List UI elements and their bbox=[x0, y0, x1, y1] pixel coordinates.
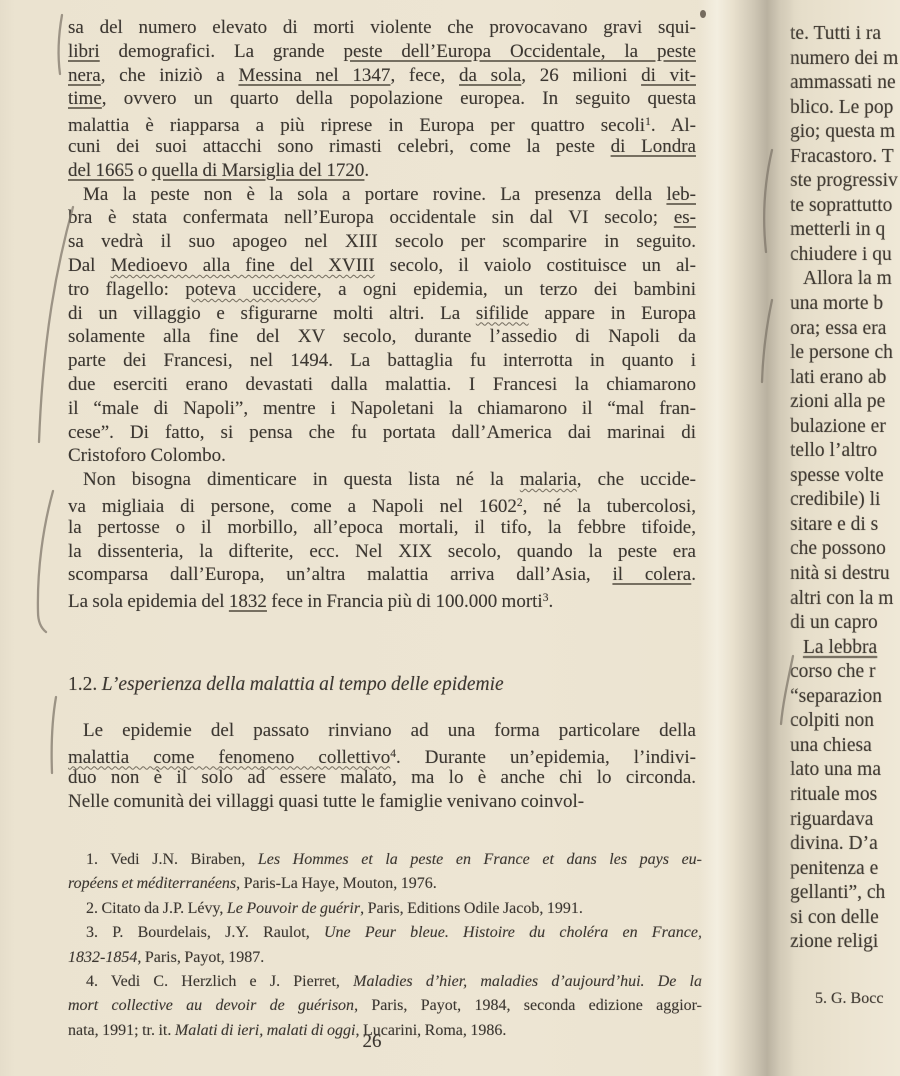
text-run: di un capro bbox=[790, 612, 878, 633]
text-run: , a ogni epidemia, un terzo dei bambini bbox=[317, 279, 696, 300]
body-line: la pertosse o il morbillo, all’epoca mor… bbox=[68, 516, 696, 540]
book-scan: sa del numero elevato di morti violente … bbox=[0, 0, 900, 1076]
page-number: 26 bbox=[68, 1031, 676, 1053]
right-page-line: Fracastoro. T bbox=[790, 145, 900, 170]
pencil-underlined-text: quella di Marsiglia del 1720 bbox=[152, 160, 365, 181]
text-run: , ovvero un quarto della popolazione eur… bbox=[102, 88, 696, 109]
right-page-line: credibile) li bbox=[790, 488, 900, 513]
text-run: una morte b bbox=[790, 293, 883, 314]
text-run: mort collective au devoir de guérison bbox=[68, 997, 354, 1014]
body-line: Le epidemie del passato rinviano ad una … bbox=[68, 719, 696, 743]
text-run: credibile) li bbox=[790, 489, 880, 510]
body-line: La sola epidemia del 1832 fece in Franci… bbox=[68, 587, 696, 611]
text-run: spesse volte bbox=[790, 465, 884, 486]
text-run: Le Pouvoir de guérir bbox=[227, 900, 360, 917]
text-run: ora; essa era bbox=[790, 318, 886, 339]
right-page-line: nità si destru bbox=[790, 562, 900, 587]
right-page-line: le persone ch bbox=[790, 341, 900, 366]
text-run: 1. Vedi J.N. Biraben, bbox=[86, 851, 258, 868]
text-run: cuni dei suoi attacchi sono rimasti cele… bbox=[68, 136, 611, 157]
right-page-line: che possono bbox=[790, 537, 900, 562]
footnote-line: 2. Citato da J.P. Lévy, Le Pouvoir de gu… bbox=[68, 897, 702, 921]
right-page-line: tello l’altro bbox=[790, 439, 900, 464]
text-run: chiudere i qu bbox=[790, 244, 892, 265]
text-run: bra è stata confermata nell’Europa occid… bbox=[68, 207, 674, 228]
pencil-underlined-text: Messina nel 1347 bbox=[238, 65, 390, 86]
text-run: il “male di Napoli”, mentre i Napoletani… bbox=[68, 398, 696, 419]
text-run: , Paris, Payot, 1984, seconda edizione a… bbox=[354, 997, 702, 1014]
text-run: si con delle bbox=[790, 907, 879, 928]
right-page-line: rituale mos bbox=[790, 783, 900, 808]
text-run: nità si destru bbox=[790, 563, 890, 584]
footnote-line: 1832-1854, Paris, Payot, 1987. bbox=[68, 946, 702, 970]
text-run: gellanti”, ch bbox=[790, 882, 885, 903]
text-run: . bbox=[364, 160, 369, 181]
right-page-line: penitenza e bbox=[790, 857, 900, 882]
footnote-line: 4. Vedi C. Herzlich e J. Pierret, Maladi… bbox=[68, 970, 702, 994]
pencil-underlined-text: nera bbox=[68, 65, 101, 86]
body-line: due eserciti erano devastati dalla malat… bbox=[68, 373, 696, 397]
text-run: lati erano ab bbox=[790, 367, 886, 388]
right-page-text: te. Tutti i ranumero dei mammassati nebl… bbox=[790, 22, 900, 955]
text-run: ropéens et méditerranéens bbox=[68, 875, 236, 892]
text-run: due eserciti erano devastati dalla malat… bbox=[68, 374, 696, 395]
footnotes-block: 1. Vedi J.N. Biraben, Les Hommes et la p… bbox=[68, 848, 702, 1043]
body-line: il “male di Napoli”, mentre i Napoletani… bbox=[68, 397, 696, 421]
text-run: ste progressiv bbox=[790, 170, 898, 191]
text-run: duo non è il solo ad essere malato, ma l… bbox=[68, 767, 696, 788]
right-page-line: una chiesa bbox=[790, 734, 900, 759]
pencil-underlined-text: libri bbox=[68, 41, 100, 62]
text-run: va migliaia di persone, come a Napoli ne… bbox=[68, 496, 517, 517]
text-run: o bbox=[134, 160, 152, 181]
right-page-line: zione religi bbox=[790, 930, 900, 955]
footnote-line: 3. P. Bourdelais, J.Y. Raulot, Une Peur … bbox=[68, 921, 702, 945]
text-run: 1.2. bbox=[68, 674, 102, 695]
right-page: te. Tutti i ranumero dei mammassati nebl… bbox=[775, 0, 900, 1076]
text-run: secolo, il vaiolo costituisce un al- bbox=[375, 255, 696, 276]
right-page-line: riguardava bbox=[790, 808, 900, 833]
text-run: sitare e di s bbox=[790, 514, 878, 535]
pencil-underlined-text: del 1665 bbox=[68, 160, 134, 181]
body-line: va migliaia di persone, come a Napoli ne… bbox=[68, 492, 696, 516]
footnote-line: 1. Vedi J.N. Biraben, Les Hommes et la p… bbox=[68, 848, 702, 872]
right-page-line: una morte b bbox=[790, 292, 900, 317]
text-run: solamente alla fine del XV secolo, duran… bbox=[68, 326, 696, 347]
pencil-underlined-text: il colera bbox=[612, 564, 691, 585]
right-page-line: “separazion bbox=[790, 685, 900, 710]
right-page-line: spesse volte bbox=[790, 464, 900, 489]
text-run: gio; questa m bbox=[790, 121, 895, 142]
text-run: L’esperienza della malattia al tempo del… bbox=[102, 674, 504, 695]
text-run: riguardava bbox=[790, 809, 873, 830]
main-text-block: sa del numero elevato di morti violente … bbox=[68, 16, 696, 814]
right-page-line: di un capro bbox=[790, 611, 900, 636]
text-run: La sola epidemia del bbox=[68, 591, 229, 612]
right-page-line: corso che r bbox=[790, 660, 900, 685]
body-line: di un villaggio e sfigurarne molti altri… bbox=[68, 302, 696, 326]
text-run: rituale mos bbox=[790, 784, 877, 805]
body-line: parte dei Francesi, nel 1494. La battagl… bbox=[68, 349, 696, 373]
pencil-underlined-text: Medioevo alla fine del XVIII bbox=[111, 255, 375, 276]
pencil-underlined-text: leb- bbox=[666, 184, 696, 205]
body-line: sa vedrà il suo apogeo nel XIII secolo p… bbox=[68, 230, 696, 254]
right-page-line: numero dei m bbox=[790, 47, 900, 72]
body-line: sa del numero elevato di morti violente … bbox=[68, 16, 696, 40]
body-line: la dissenteria, la difterite, ecc. Nel X… bbox=[68, 540, 696, 564]
text-run: Ma la peste non è la sola a portare rovi… bbox=[83, 184, 666, 205]
text-run: . bbox=[691, 564, 696, 585]
pencil-underlined-text: di vit- bbox=[641, 65, 696, 86]
text-run: lato una ma bbox=[790, 759, 881, 780]
body-line: libri demografici. La grande peste dell’… bbox=[68, 40, 696, 64]
text-run: , fece, bbox=[390, 65, 459, 86]
text-run: , che uccide- bbox=[577, 469, 696, 490]
footnote-line: mort collective au devoir de guérison, P… bbox=[68, 994, 702, 1018]
text-run: zioni alla pe bbox=[790, 391, 885, 412]
text-run: Cristoforo Colombo. bbox=[68, 445, 226, 466]
footnote-line: ropéens et méditerranéens, Paris-La Haye… bbox=[68, 872, 702, 896]
pencil-underlined-text: malattia come fenomeno collettivo bbox=[68, 747, 390, 768]
text-run: malattia è riapparsa a più riprese in Eu… bbox=[68, 115, 645, 136]
right-page-line: divina. D’a bbox=[790, 832, 900, 857]
pencil-underlined-text: time bbox=[68, 88, 102, 109]
body-line: Ma la peste non è la sola a portare rovi… bbox=[68, 183, 696, 207]
text-run: scomparsa dall’Europa, un’altra malattia… bbox=[68, 564, 612, 585]
text-run: Dal bbox=[68, 255, 111, 276]
text-run: Les Hommes et la peste en France et dans… bbox=[258, 851, 702, 868]
right-page-line: metterli in q bbox=[790, 218, 900, 243]
body-line: nera, che iniziò a Messina nel 1347, fec… bbox=[68, 64, 696, 88]
text-run: 2. Citato da J.P. Lévy, bbox=[86, 900, 227, 917]
text-run: . Durante un’epidemia, l’indivi- bbox=[396, 747, 696, 768]
text-run: 4. Vedi C. Herzlich e J. Pierret, bbox=[86, 973, 353, 990]
text-run: te. Tutti i ra bbox=[790, 23, 881, 44]
right-page-line: blico. Le pop bbox=[790, 96, 900, 121]
pencil-underlined-text: peste dell’Europa Occidentale, la peste bbox=[344, 41, 697, 62]
right-page-line: si con delle bbox=[790, 906, 900, 931]
text-run: penitenza e bbox=[790, 858, 878, 879]
text-run: corso che r bbox=[790, 661, 876, 682]
text-run: , Paris, Editions Odile Jacob, 1991. bbox=[360, 900, 583, 917]
text-run: sa vedrà il suo apogeo nel XIII secolo p… bbox=[68, 231, 696, 252]
pencil-mark-right-2 bbox=[762, 300, 772, 382]
text-run: bulazione er bbox=[790, 416, 886, 437]
text-run: 3. P. Bourdelais, J.Y. Raulot, bbox=[86, 924, 324, 941]
pencil-underlined-text: sifilide bbox=[476, 303, 529, 324]
right-page-line: te. Tutti i ra bbox=[790, 22, 900, 47]
right-page-line: chiudere i qu bbox=[790, 243, 900, 268]
text-run: la pertosse o il morbillo, all’epoca mor… bbox=[68, 517, 696, 538]
text-run: , Paris, Payot, 1987. bbox=[137, 949, 264, 966]
section-heading: 1.2. L’esperienza della malattia al temp… bbox=[68, 673, 696, 697]
text-run: di un villaggio e sfigurarne molti altri… bbox=[68, 303, 476, 324]
text-run: Le epidemie del passato rinviano ad una … bbox=[83, 720, 696, 741]
body-line: Dal Medioevo alla fine del XVIII secolo,… bbox=[68, 254, 696, 278]
text-run: demografici. La grande bbox=[100, 41, 344, 62]
right-page-line: ste progressiv bbox=[790, 169, 900, 194]
text-run: tello l’altro bbox=[790, 440, 877, 461]
right-page-line: lati erano ab bbox=[790, 366, 900, 391]
body-line: duo non è il solo ad essere malato, ma l… bbox=[68, 766, 696, 790]
text-run: , né la tubercolosi, bbox=[523, 496, 696, 517]
text-run: metterli in q bbox=[790, 219, 885, 240]
right-page-footnote: 5. G. Bocc bbox=[815, 990, 883, 1008]
text-run: tro flagello: bbox=[68, 279, 185, 300]
text-run: Nelle comunità dei villaggi quasi tutte … bbox=[68, 791, 584, 812]
text-run: parte dei Francesi, nel 1494. La battagl… bbox=[68, 350, 696, 371]
text-run: ammassati ne bbox=[790, 72, 896, 93]
text-run: , 26 milioni bbox=[521, 65, 641, 86]
right-page-line: colpiti non bbox=[790, 709, 900, 734]
text-run: Allora la m bbox=[803, 268, 892, 289]
text-run: colpiti non bbox=[790, 710, 874, 731]
pencil-underlined-text: es- bbox=[674, 207, 696, 228]
text-run: Non bisogna dimenticare in questa lista … bbox=[83, 469, 520, 490]
body-line: Nelle comunità dei villaggi quasi tutte … bbox=[68, 790, 696, 814]
right-page-line: altri con la m bbox=[790, 587, 900, 612]
text-run: te soprattutto bbox=[790, 195, 892, 216]
right-page-line: te soprattutto bbox=[790, 194, 900, 219]
left-page: sa del numero elevato di morti violente … bbox=[0, 0, 745, 1076]
text-run: una chiesa bbox=[790, 735, 872, 756]
text-run: che possono bbox=[790, 538, 886, 559]
pencil-underlined-text: malaria bbox=[520, 469, 577, 490]
text-run: fece in Francia più di 100.000 morti bbox=[267, 591, 543, 612]
text-run: appare in Europa bbox=[529, 303, 696, 324]
right-page-line: ammassati ne bbox=[790, 71, 900, 96]
text-run: le persone ch bbox=[790, 342, 893, 363]
text-run: . Al- bbox=[651, 115, 696, 136]
text-run: la dissenteria, la difterite, ecc. Nel X… bbox=[68, 541, 696, 562]
text-run: Fracastoro. T bbox=[790, 146, 894, 167]
pencil-underlined-text: da sola bbox=[459, 65, 521, 86]
pencil-underlined-text: La lebbra bbox=[803, 637, 877, 658]
right-page-line: Allora la m bbox=[790, 267, 900, 292]
body-line: del 1665 o quella di Marsiglia del 1720. bbox=[68, 159, 696, 183]
right-page-line: lato una ma bbox=[790, 758, 900, 783]
body-line: malattia come fenomeno collettivo4. Dura… bbox=[68, 743, 696, 767]
right-page-line: sitare e di s bbox=[790, 513, 900, 538]
text-run: . bbox=[548, 591, 553, 612]
pencil-underlined-text: poteva uccidere bbox=[185, 279, 316, 300]
pencil-mark-right-1 bbox=[764, 150, 772, 252]
text-run: blico. Le pop bbox=[790, 97, 893, 118]
right-page-line: ora; essa era bbox=[790, 317, 900, 342]
body-line: scomparsa dall’Europa, un’altra malattia… bbox=[68, 563, 696, 587]
right-page-line: bulazione er bbox=[790, 415, 900, 440]
body-line: Cristoforo Colombo. bbox=[68, 444, 696, 468]
text-run: 1832-1854 bbox=[68, 949, 137, 966]
body-line: solamente alla fine del XV secolo, duran… bbox=[68, 325, 696, 349]
pencil-underlined-text: di Londra bbox=[611, 136, 696, 157]
text-run: divina. D’a bbox=[790, 833, 878, 854]
body-line: Non bisogna dimenticare in questa lista … bbox=[68, 468, 696, 492]
text-run: cese”. Di fatto, si pensa che fu portata… bbox=[68, 422, 696, 443]
right-page-line: La lebbra bbox=[790, 636, 900, 661]
right-page-line: zioni alla pe bbox=[790, 390, 900, 415]
body-line: cese”. Di fatto, si pensa che fu portata… bbox=[68, 421, 696, 445]
body-line: cuni dei suoi attacchi sono rimasti cele… bbox=[68, 135, 696, 159]
text-run: zione religi bbox=[790, 931, 878, 952]
body-line: bra è stata confermata nell’Europa occid… bbox=[68, 206, 696, 230]
right-page-line: gio; questa m bbox=[790, 120, 900, 145]
body-line: malattia è riapparsa a più riprese in Eu… bbox=[68, 111, 696, 135]
text-run: “separazion bbox=[790, 686, 882, 707]
text-run: , Paris-La Haye, Mouton, 1976. bbox=[236, 875, 437, 892]
pencil-underlined-text: 1832 bbox=[229, 591, 267, 612]
body-line: tro flagello: poteva uccidere, a ogni ep… bbox=[68, 278, 696, 302]
text-run: Une Peur bleue. Histoire du choléra en F… bbox=[324, 924, 702, 941]
text-run: , che iniziò a bbox=[101, 65, 239, 86]
right-page-line: gellanti”, ch bbox=[790, 881, 900, 906]
text-run: sa del numero elevato di morti violente … bbox=[68, 17, 696, 38]
text-run: Maladies d’hier, maladies d’aujourd’hui.… bbox=[353, 973, 702, 990]
body-line: time, ovvero un quarto della popolazione… bbox=[68, 87, 696, 111]
text-run: altri con la m bbox=[790, 588, 893, 609]
text-run: numero dei m bbox=[790, 48, 898, 69]
